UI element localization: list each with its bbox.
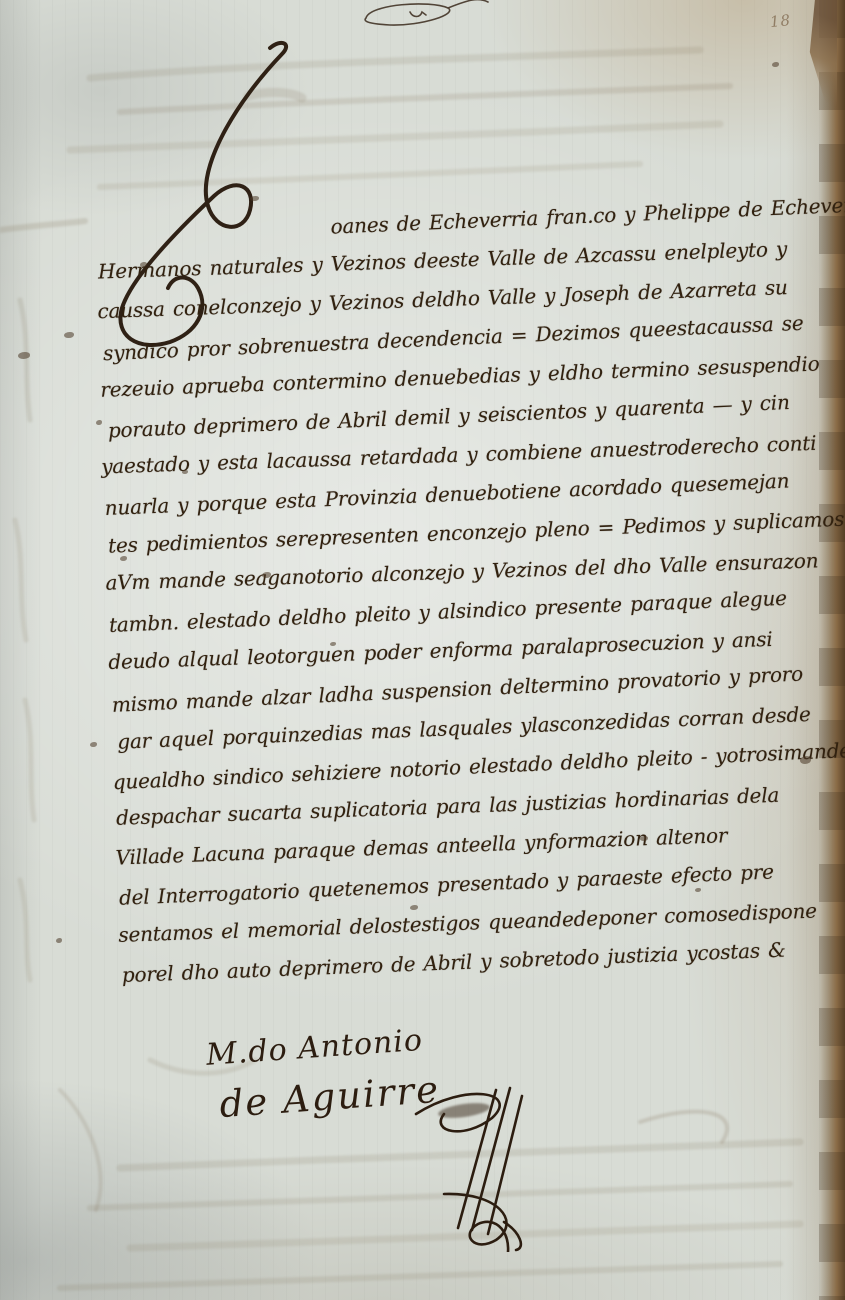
manuscript-body: oanes de Echeverria fran.co y Phelippe d… <box>92 188 845 995</box>
notarial-mark-icon <box>356 0 496 36</box>
rubric-flourish-icon <box>408 1072 538 1252</box>
signature-block: M.do Antonio de Aguirre <box>205 1022 441 1128</box>
folio-number: 18 <box>769 13 792 30</box>
ink-blot <box>56 938 62 943</box>
ink-blot <box>90 742 97 747</box>
ink-blot <box>18 352 30 359</box>
signature-name: M.do Antonio <box>205 1022 438 1074</box>
ink-blot <box>64 332 74 338</box>
manuscript-page: 18 J oanes de Echeverria fran.co y Pheli… <box>0 0 845 1300</box>
ink-blot <box>772 62 779 67</box>
